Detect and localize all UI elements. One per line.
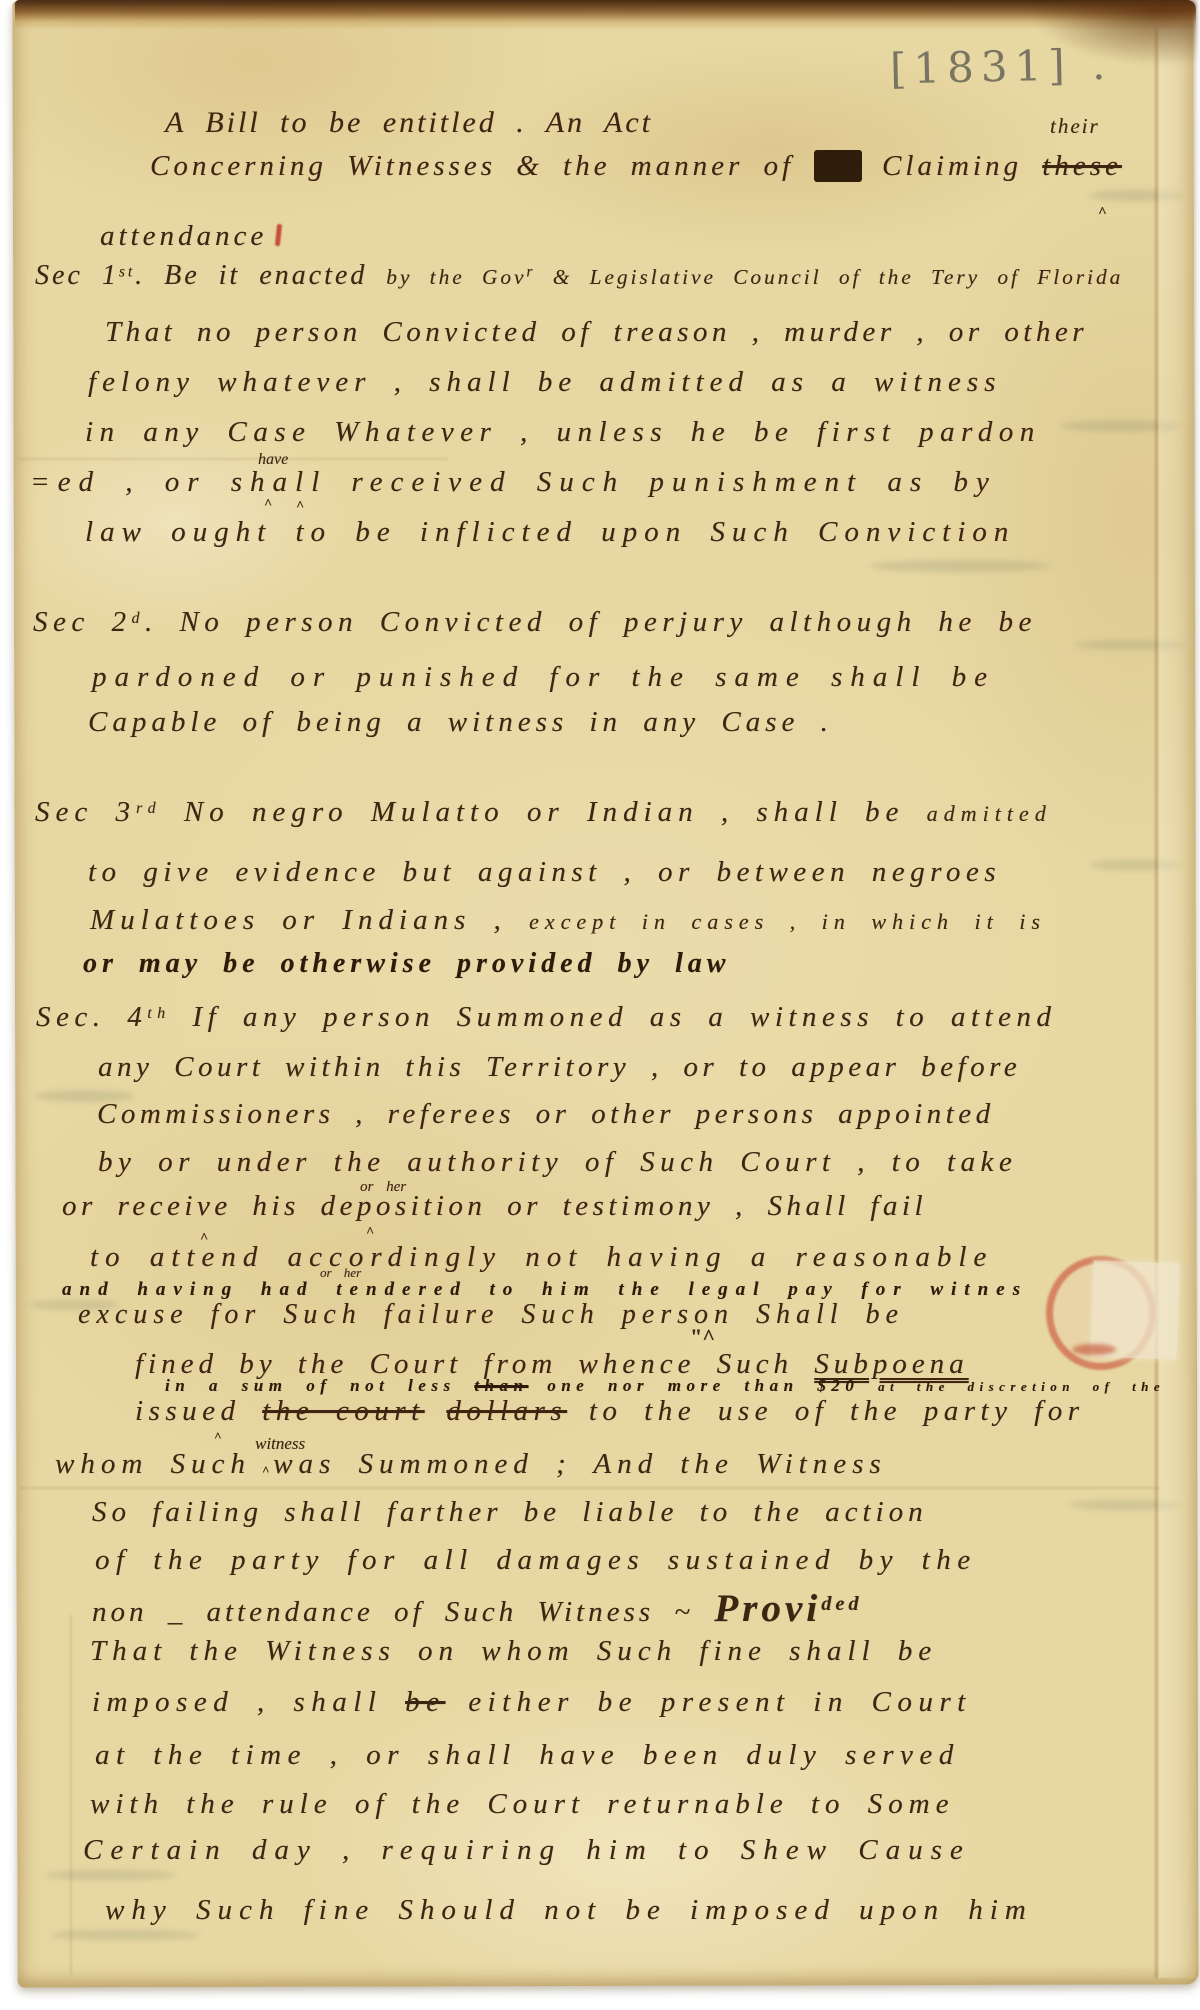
caret-mark: ^ xyxy=(1098,206,1107,221)
bill-title-line-2: Concerning Witnesses & the manner of the… xyxy=(150,152,1122,181)
body-line: =ed , or shall received Such punishment … xyxy=(30,468,997,497)
bleed-through-mark xyxy=(45,1870,175,1880)
bill-title-line-1: A Bill to be entitled . An Act xyxy=(165,108,653,138)
body-line: That no person Convicted of treason , mu… xyxy=(105,318,1088,347)
body-line: Commissioners , referees or other person… xyxy=(97,1100,995,1129)
bill-title-line-3: attendance xyxy=(100,222,267,251)
body-line: to give evidence but against , or betwee… xyxy=(88,858,1001,887)
caret-mark: ^ xyxy=(366,1226,374,1240)
body-line: by or under the authority of Such Court … xyxy=(98,1148,1017,1177)
caret-mark: "^ xyxy=(690,1326,715,1348)
body-line: whom Such was Summoned ; And the Witness xyxy=(55,1450,887,1479)
body-line: or may be otherwise provided by law xyxy=(83,950,730,978)
wafer-seal-smudge xyxy=(1072,1344,1116,1355)
insert-or-her: or her xyxy=(320,1266,361,1279)
body-line: That the Witness on whom Such fine shall… xyxy=(90,1637,937,1666)
manuscript-scan: [1831] . A Bill to be entitled . An ActC… xyxy=(0,0,1200,2010)
body-line: imposed , shall be either be present in … xyxy=(92,1688,972,1717)
body-line: Mulattoes or Indians , except in cases ,… xyxy=(90,906,1046,935)
bleed-through-mark xyxy=(870,560,1050,572)
body-line: Certain day , requiring him to Shew Caus… xyxy=(83,1836,971,1865)
body-line: with the rule of the Court returnable to… xyxy=(90,1790,955,1819)
body-line: any Court within this Territory , or to … xyxy=(98,1053,1021,1082)
body-line: or receive his deposition or testimony ,… xyxy=(62,1192,927,1221)
body-line: Capable of being a witness in any Case . xyxy=(88,708,833,737)
body-line: why Such fine Should not be imposed upon… xyxy=(105,1896,1033,1925)
caret-mark: ^ xyxy=(264,498,272,512)
caret-mark: ^ xyxy=(296,500,304,514)
body-line: of the party for all damages sustained b… xyxy=(95,1546,977,1575)
body-line: felony whatever , shall be admitted as a… xyxy=(88,368,1001,397)
body-line: issued the court dollars to the use of t… xyxy=(135,1397,1085,1426)
interlineation: and having had tendered to him the legal… xyxy=(62,1280,1028,1299)
section-2-opening: Sec 2d. No person Convicted of perjury a… xyxy=(33,608,1037,637)
section-3-opening: Sec 3rd No negro Mulatto or Indian , sha… xyxy=(35,798,1052,827)
body-line: excuse for Such failure Such person Shal… xyxy=(78,1301,904,1329)
horizontal-crease xyxy=(18,458,448,460)
archival-year-mark: [1831] . xyxy=(890,40,1113,94)
bleed-through-mark xyxy=(50,1930,200,1940)
insert-their: their xyxy=(1050,116,1100,137)
body-line: pardoned or punished for the same shall … xyxy=(92,663,995,692)
right-fold-shading xyxy=(1158,28,1196,1978)
interlineation: in a sum of not less than one nor more t… xyxy=(165,1377,1165,1394)
body-line: non _ attendance of Such Witness ~ Provi… xyxy=(92,1589,862,1628)
body-line: So failing shall farther be liable to th… xyxy=(92,1498,928,1527)
body-line: to attend accordingly not having a reaso… xyxy=(90,1243,993,1272)
section-4-opening: Sec. 4th If any person Summoned as a wit… xyxy=(36,1003,1056,1032)
section-1-opening: Sec 1st. Be it enacted by the Govr & Leg… xyxy=(35,262,1123,290)
vertical-crease xyxy=(70,1615,72,1975)
horizontal-crease xyxy=(20,1487,1160,1489)
caret-mark: ^ xyxy=(214,1430,222,1443)
body-line: in any Case Whatever , unless he be firs… xyxy=(85,418,1041,447)
right-fold-line xyxy=(1155,28,1158,1978)
body-line: law ought to be inflicted upon Such Conv… xyxy=(85,518,1015,547)
body-line: at the time , or shall have been duly se… xyxy=(95,1741,960,1770)
body-line: fined by the Court from whence Such Subp… xyxy=(135,1350,969,1379)
